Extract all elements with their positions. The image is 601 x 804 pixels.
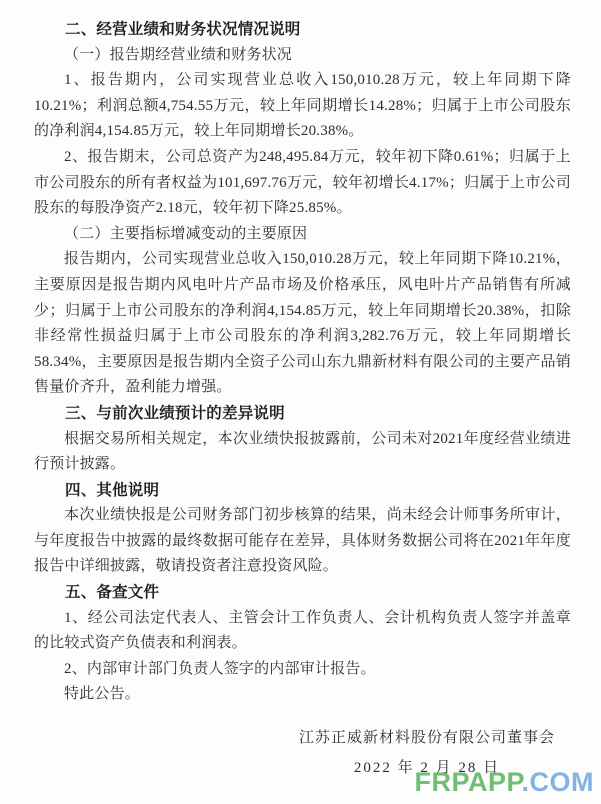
paragraph-reference-doc-2: 2、内部审计部门负责人签字的内部审计报告。 [34, 657, 571, 683]
watermark-prefix: FRPAPP [414, 767, 521, 797]
paragraph-assets-equity: 2、报告期末，公司总资产为248,495.84万元，较年初下降0.61%；归属于… [34, 145, 571, 222]
paragraph-forecast-difference: 根据交易所相关规定，本次业绩快报披露前，公司未对2021年度经营业绩进行预计披露… [34, 427, 571, 478]
paragraph-other-notes: 本次业绩快报是公司财务部门初步核算的结果，尚未经会计师事务所审计，与年度报告中披… [34, 503, 571, 580]
paragraph-announcement-closing: 特此公告。 [34, 682, 571, 708]
section-heading-other-notes: 四、其他说明 [34, 478, 571, 504]
section-heading-reference-documents: 五、备查文件 [34, 580, 571, 606]
announcement-body: 二、经营业绩和财务状况情况说明 （一）报告期经营业绩和财务状况 1、报告期内，公… [34, 17, 571, 708]
paragraph-reference-doc-1: 1、经公司法定代表人、主管会计工作负责人、会计机构负责人签字并盖章的比较式资产负… [34, 606, 571, 657]
paragraph-reasons-detail: 报告期内，公司实现营业总收入150,010.28万元，较上年同期下降10.21%… [34, 247, 571, 401]
subsection-reporting-period-results: （一）报告期经营业绩和财务状况 [34, 43, 571, 69]
frpapp-watermark: FRPAPP.COM [414, 770, 594, 796]
section-heading-forecast-difference: 三、与前次业绩预计的差异说明 [34, 401, 571, 427]
section-heading-operating-results: 二、经营业绩和财务状况情况说明 [34, 17, 571, 43]
subsection-main-reasons: （二）主要指标增减变动的主要原因 [34, 222, 571, 248]
scanned-document-page: 二、经营业绩和财务状况情况说明 （一）报告期经营业绩和财务状况 1、报告期内，公… [0, 0, 601, 804]
watermark-suffix: .COM [522, 767, 595, 797]
paragraph-revenue-profit: 1、报告期内，公司实现营业总收入150,010.28万元，较上年同期下降10.2… [34, 68, 571, 145]
signature-company: 江苏正威新材料股份有限公司董事会 [299, 723, 555, 753]
